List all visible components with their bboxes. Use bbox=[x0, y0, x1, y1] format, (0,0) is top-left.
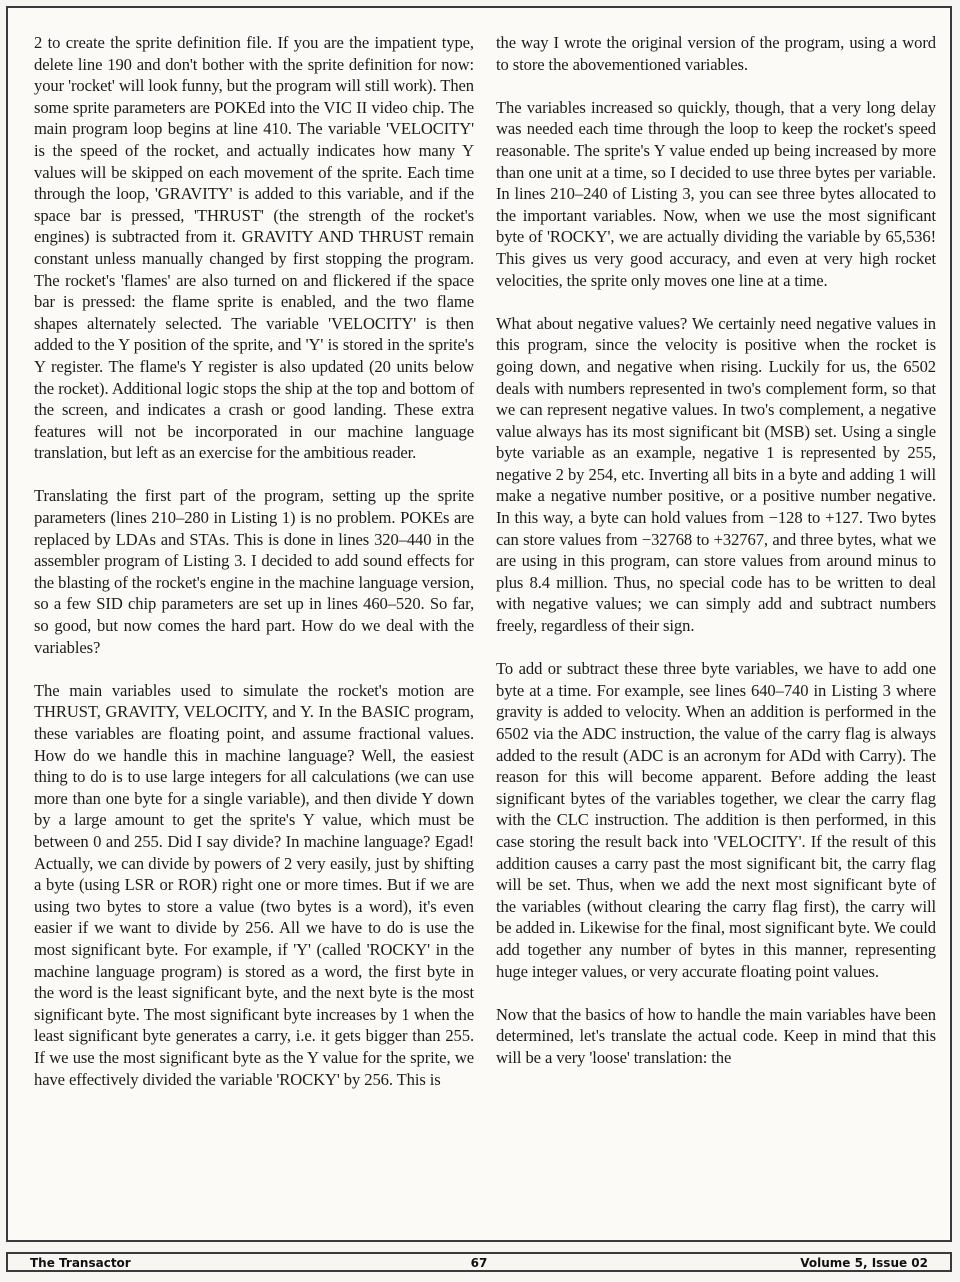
publication-name: The Transactor bbox=[30, 1255, 131, 1271]
issue-label: Volume 5, Issue 02 bbox=[800, 1255, 928, 1271]
paragraph: Translating the first part of the progra… bbox=[34, 485, 474, 658]
paragraph: Now that the basics of how to handle the… bbox=[496, 1004, 936, 1069]
paragraph: The variables increased so quickly, thou… bbox=[496, 97, 936, 291]
paragraph: What about negative values? We certainly… bbox=[496, 313, 936, 637]
paragraph: The main variables used to simulate the … bbox=[34, 680, 474, 1090]
left-column: 2 to create the sprite definition file. … bbox=[34, 32, 474, 1112]
paragraph: To add or subtract these three byte vari… bbox=[496, 658, 936, 982]
page-footer: 67 The Transactor Volume 5, Issue 02 bbox=[6, 1252, 952, 1272]
page-frame: 2 to create the sprite definition file. … bbox=[6, 6, 952, 1242]
paragraph: the way I wrote the original version of … bbox=[496, 32, 936, 75]
right-column: the way I wrote the original version of … bbox=[496, 32, 936, 1090]
paragraph: 2 to create the sprite definition file. … bbox=[34, 32, 474, 464]
